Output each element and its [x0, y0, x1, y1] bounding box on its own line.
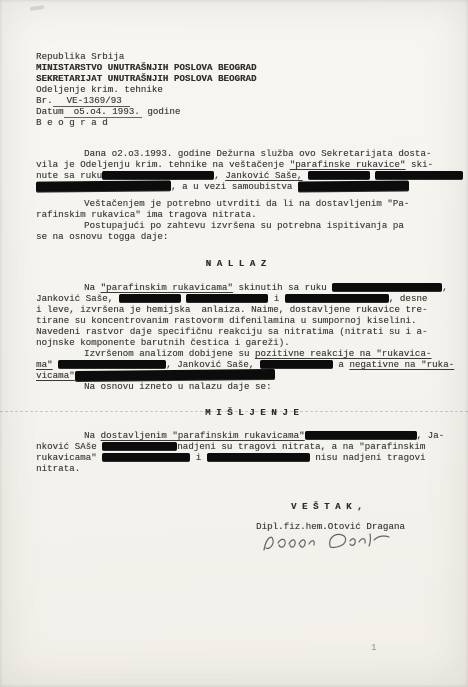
text-line: tirane su koncentrovanim rastovorm difen… — [36, 315, 446, 326]
letterhead-case-number: Br.VE-1369/93 — [36, 95, 446, 106]
heading-nalaz: N A L L A Z — [0, 258, 468, 269]
text-line: vicama" — [36, 370, 446, 381]
redaction-bar — [119, 294, 181, 302]
text-line: Na dostavljenim "parafinskim rukavicama"… — [36, 430, 446, 441]
redaction-bar — [207, 453, 310, 461]
text-segment: nisu nadjeni tragovi — [310, 452, 426, 463]
text-segment: , desne — [389, 293, 428, 304]
scan-smudge — [30, 5, 44, 11]
underlined-phrase: "parafinske rukavice" — [290, 159, 406, 170]
section-misljenje: Na dostavljenim "parafinskim rukavicama"… — [36, 430, 446, 474]
text-line: Na "parafinskim rukavicama" skinutih sa … — [36, 282, 446, 293]
date-suffix: godine — [142, 106, 181, 117]
text-line: i leve, izvršena je hemijska anlaiza. Na… — [36, 304, 446, 315]
text-segment: Izvršenom analizom dobijene su — [84, 348, 255, 359]
text-line: Izvršenom analizom dobijene su pozitivne… — [36, 348, 446, 359]
text-segment: , Ja- — [417, 430, 445, 441]
text-line: , a u vezi samoubistva — [36, 181, 446, 192]
letterhead-country: Republika Srbija — [36, 51, 446, 62]
paragraph-request: Veštačenjem je potrebno utvrditi da li n… — [36, 198, 446, 220]
paragraph-intro: Dana o2.o3.1993. godine Dežurna služba o… — [36, 148, 446, 192]
expert-title: V E Š T A K , — [291, 501, 446, 512]
handwritten-signature — [258, 528, 393, 560]
text-segment: nadjeni su tragovi nitrata, a na "parafi… — [177, 441, 425, 452]
underlined-phrase: pozitivne reakcije na "rukavica- — [255, 348, 431, 359]
letterhead: Republika Srbija MINISTARSTVO UNUTRAŠNJI… — [36, 51, 446, 128]
date-label: Datum — [36, 106, 64, 117]
redaction-bar — [36, 180, 171, 191]
letterhead-date: Datumo5.o4. 1993. godine — [36, 106, 446, 117]
redaction-bar — [102, 171, 214, 179]
page-number: 1 — [371, 642, 377, 653]
text-line: nitrata. — [36, 463, 446, 474]
text-line: nojnske komponente barutnih čestica i ga… — [36, 337, 446, 348]
underlined-phrase: negativne na "ruka- — [349, 359, 454, 370]
text-segment: Na — [84, 282, 101, 293]
section-nalaz: Na "parafinskim rukavicama" skinutih sa … — [36, 282, 446, 381]
text-line: se na osnovu togga daje: — [36, 231, 446, 242]
text-segment: i — [268, 293, 285, 304]
paragraph-basis: Na osnovu izneto u nalazu daje se: — [36, 381, 446, 392]
redaction-bar — [102, 442, 177, 450]
redaction-bar — [332, 283, 442, 291]
redaction-bar — [285, 294, 389, 302]
text-segment: nković SAše — [36, 441, 102, 452]
redaction-bar — [375, 171, 463, 179]
text-line: vila je Odeljenju krim. tehnike na vešta… — [36, 159, 446, 170]
redaction-bar — [260, 360, 333, 368]
text-segment: , a u vezi samoubistva — [171, 181, 298, 192]
text-line: Na osnovu izneto u nalazu daje se: — [36, 381, 446, 392]
underlined-phrase: "parafinskim rukavicama" — [101, 282, 233, 293]
text-line: Dana o2.o3.1993. godine Dežurna služba o… — [36, 148, 446, 159]
text-line: Postupajući po zahtevu izvršena su potre… — [36, 220, 446, 231]
letterhead-ministry: MINISTARSTVO UNUTRAŠNJIH POSLOVA BEOGRAD — [36, 62, 446, 73]
redaction-bar — [298, 180, 409, 191]
letterhead-city: B e o g r a d — [36, 117, 446, 128]
signoff-title: V E Š T A K , — [291, 501, 446, 512]
text-segment: i — [190, 452, 207, 463]
heading-misljenje: M I Š L J E N J E — [0, 407, 468, 418]
underlined-name: Janković Saše, — [225, 170, 302, 181]
underlined-phrase: ma" — [36, 359, 53, 370]
scanned-document-page: Republika Srbija MINISTARSTVO UNUTRAŠNJI… — [0, 0, 468, 687]
text-segment: , — [214, 170, 225, 181]
text-line: nute sa ruku, Janković Saše, — [36, 170, 446, 181]
text-line: rukavicama" i nisu nadjeni tragovi — [36, 452, 446, 463]
heading-text: M I Š L J E N J E — [18, 407, 468, 418]
text-segment: vila je Odeljenju krim. tehnike na vešta… — [36, 159, 290, 170]
redaction-bar — [75, 369, 275, 381]
text-line: nković SAše nadjeni su tragovi nitrata, … — [36, 441, 446, 452]
text-segment: nute sa ruku — [36, 170, 102, 181]
redaction-bar — [58, 360, 166, 368]
underlined-phrase: vicama" — [36, 370, 75, 381]
text-segment: , — [442, 282, 448, 293]
text-segment: ski- — [405, 159, 433, 170]
text-segment: Na — [84, 430, 101, 441]
text-segment: a — [333, 359, 350, 370]
text-line: Veštačenjem je potrebno utvrditi da li n… — [36, 198, 446, 209]
text-line: Navedeni rastvor daje specifičnu reakcij… — [36, 326, 446, 337]
paragraph-procedure: Postupajući po zahtevu izvršena su potre… — [36, 220, 446, 242]
redaction-bar — [305, 431, 417, 439]
heading-text: N A L L A Z — [2, 258, 468, 269]
letterhead-secretariat: SEKRETARIJAT UNUTRAŠNJIH POSLOVA BEOGRAD — [36, 73, 446, 84]
text-segment: rukavicama" — [36, 452, 102, 463]
text-line: Janković Saše, i , desne — [36, 293, 446, 304]
redaction-bar — [308, 171, 370, 179]
letterhead-department: Odeljenje krim. tehnike — [36, 84, 446, 95]
text-segment: Janković Saše, — [36, 293, 119, 304]
redaction-bar — [186, 294, 268, 302]
text-line: rafinskim rukavica" ima tragova nitrata. — [36, 209, 446, 220]
case-number-label: Br. — [36, 95, 53, 106]
text-segment: skinutih sa ruku — [233, 282, 332, 293]
redaction-bar — [102, 453, 190, 461]
underlined-phrase: dostavljenim "parafinskim rukavicama" — [101, 430, 305, 441]
